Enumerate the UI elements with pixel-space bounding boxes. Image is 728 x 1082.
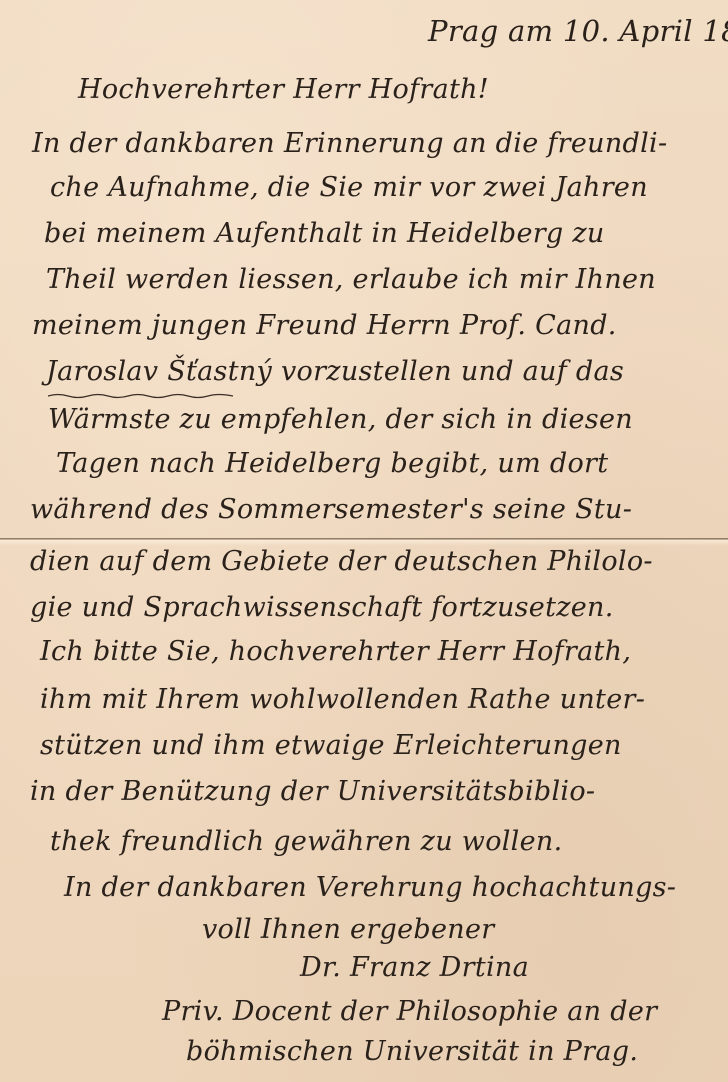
body-line-8: Tagen nach Heidelberg begibt, um dort xyxy=(56,448,608,479)
closing-line-2: voll Ihnen ergebener xyxy=(202,914,494,945)
body-line-15: in der Benützung der Universitätsbiblio- xyxy=(30,776,595,807)
signature-title-1: Priv. Docent der Philosophie an der xyxy=(162,996,657,1027)
body-line-14: stützen und ihm etwaige Erleichterungen xyxy=(40,730,622,761)
salutation: Hochverehrter Herr Hofrath! xyxy=(78,74,489,105)
dateline: Prag am 10. April 1892 xyxy=(428,14,728,48)
body-line-16: thek freundlich gewähren zu wollen. xyxy=(50,826,562,857)
body-line-9: während des Sommersemester's seine Stu- xyxy=(30,494,632,525)
signature-name: Dr. Franz Drtina xyxy=(300,952,529,983)
name-underline xyxy=(48,392,233,400)
body-line-12: Ich bitte Sie, hochverehrter Herr Hofrat… xyxy=(40,636,631,667)
body-line-10: dien auf dem Gebiete der deutschen Philo… xyxy=(30,546,653,577)
body-line-5: meinem jungen Freund Herrn Prof. Cand. xyxy=(32,310,617,341)
letter-paper: Prag am 10. April 1892 Hochverehrter Her… xyxy=(0,0,728,1082)
body-line-3: bei meinem Aufenthalt in Heidelberg zu xyxy=(44,218,605,249)
body-line-4: Theil werden liessen, erlaube ich mir Ih… xyxy=(46,264,656,295)
body-line-11: gie und Sprachwissenschaft fortzusetzen. xyxy=(30,592,614,623)
body-line-7: Wärmste zu empfehlen, der sich in diesen xyxy=(48,404,633,435)
body-line-13: ihm mit Ihrem wohlwollenden Rathe unter- xyxy=(40,684,645,715)
body-line-1: In der dankbaren Erinnerung an die freun… xyxy=(32,128,667,159)
closing-line-1: In der dankbaren Verehrung hochachtungs- xyxy=(64,872,676,903)
body-line-6: Jaroslav Šťastný vorzustellen und auf da… xyxy=(46,356,624,387)
body-line-2: che Aufnahme, die Sie mir vor zwei Jahre… xyxy=(50,172,648,203)
signature-title-2: böhmischen Universität in Prag. xyxy=(186,1036,638,1067)
